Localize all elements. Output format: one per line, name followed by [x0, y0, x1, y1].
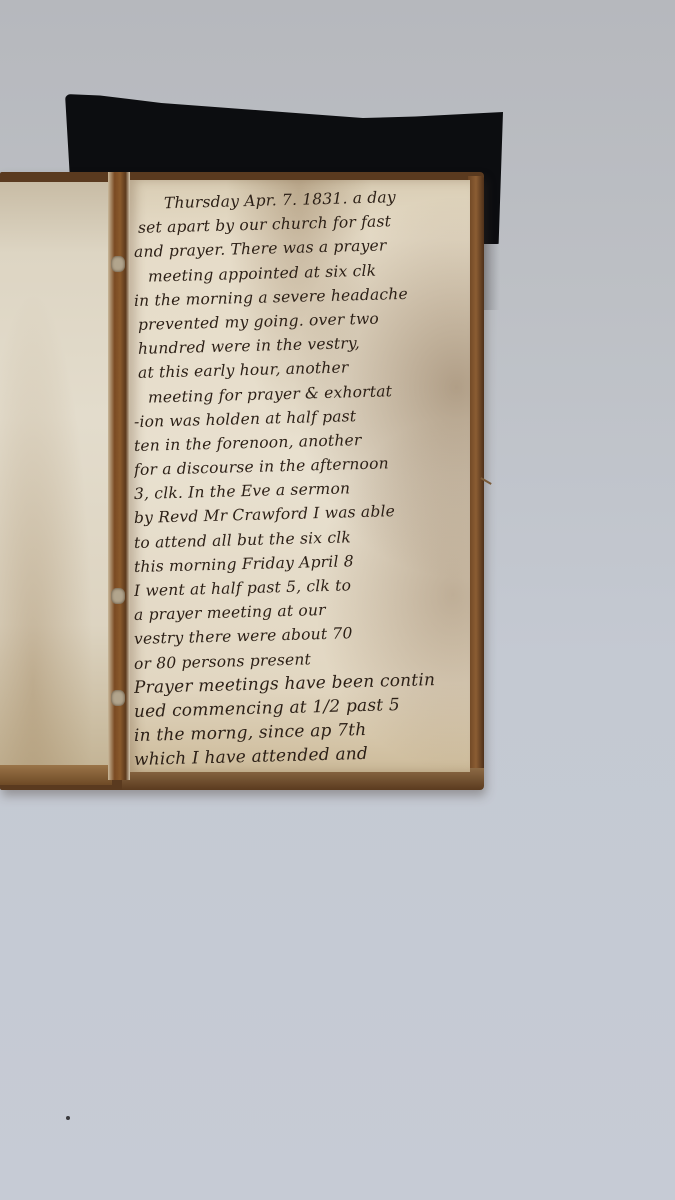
left-page-bottom-edge — [0, 765, 112, 785]
dust-speck — [66, 1116, 70, 1120]
right-cover-edge — [468, 176, 484, 788]
binding-stitch — [111, 256, 125, 272]
left-blank-page — [0, 182, 110, 772]
diary-entry-text: Thursday Apr. 7. 1831. a day set apart b… — [134, 192, 470, 773]
binding-stitch — [111, 588, 125, 604]
photo-scene: Thursday Apr. 7. 1831. a day set apart b… — [0, 0, 675, 1200]
binding-stitch — [111, 690, 125, 706]
